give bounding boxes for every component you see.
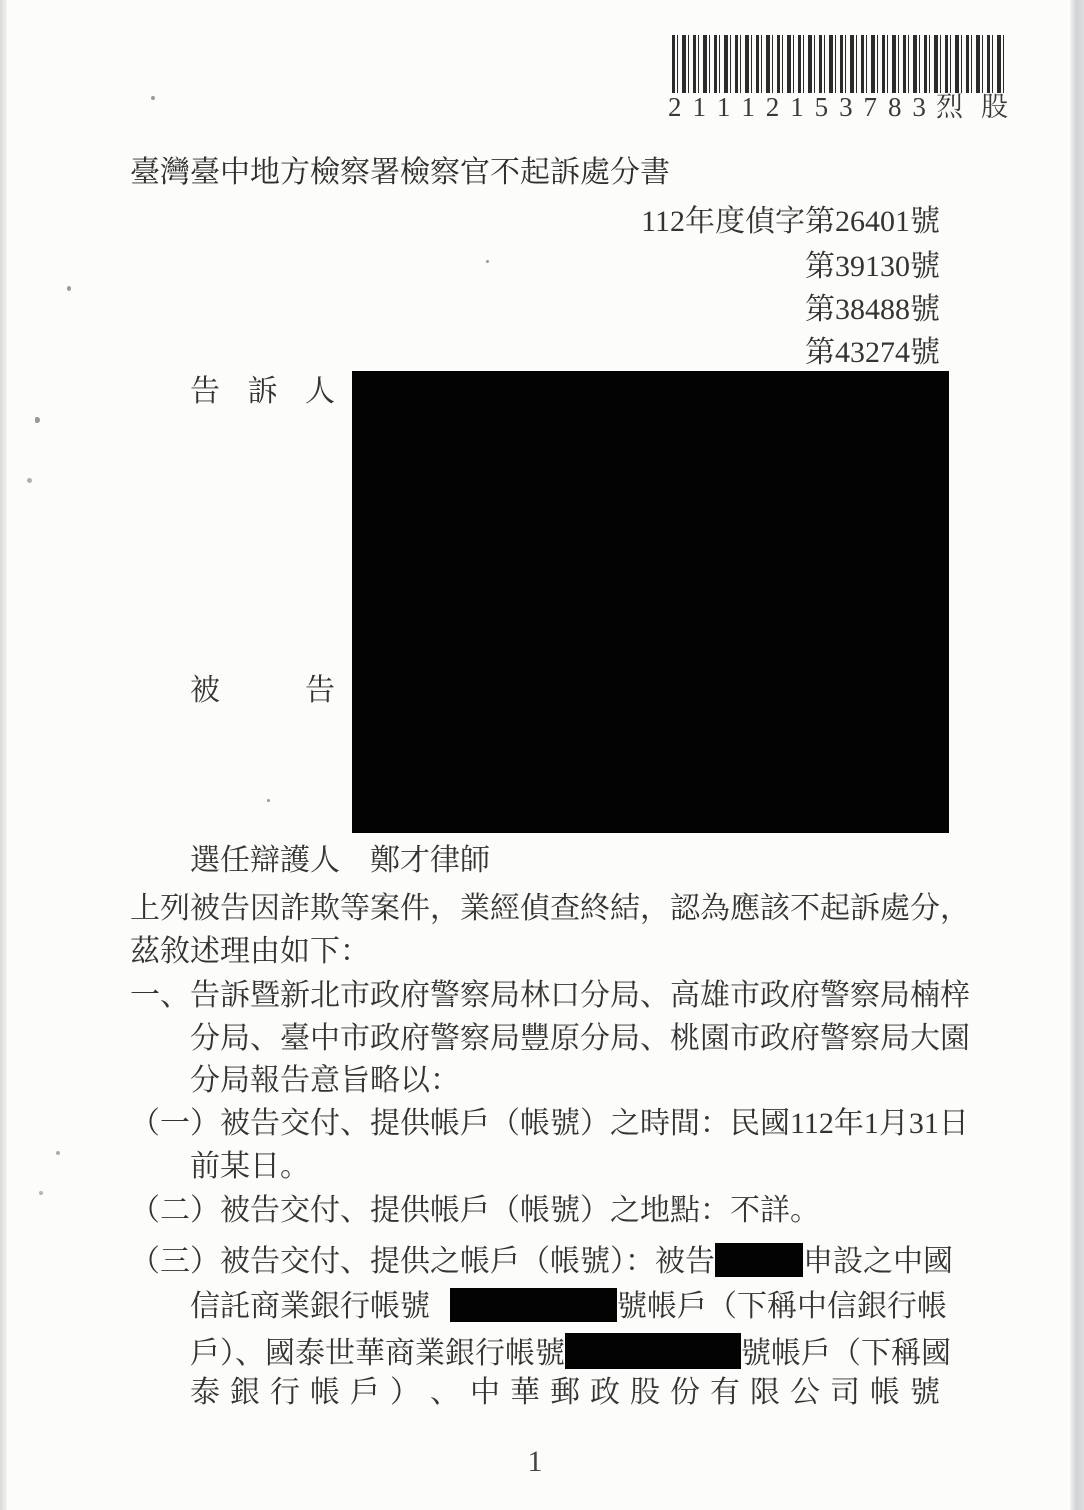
page-number: 1 bbox=[505, 1446, 565, 1478]
barcode-caption: 21112153783 烈股 bbox=[668, 92, 1008, 122]
barcode-suffix: 烈股 bbox=[936, 92, 1008, 122]
sub3-line2-text-post: 號帳戶（下稱中信銀行帳 bbox=[617, 1290, 947, 1323]
defense-counsel-line: 選任辯護人鄭才律師 bbox=[190, 844, 490, 878]
redaction-box-defendant-name bbox=[715, 1243, 803, 1277]
body-sub3-line1: （三）被告交付、提供之帳戶（帳號）：被告申設之中國 bbox=[130, 1243, 953, 1279]
scan-speck bbox=[151, 96, 155, 100]
body-sub3-line2: 信託商業銀行帳號號帳戶（下稱中信銀行帳 bbox=[190, 1288, 947, 1324]
body-item1-line3: 分局報告意旨略以： bbox=[190, 1064, 460, 1098]
redaction-box-parties bbox=[352, 371, 949, 833]
scan-speck bbox=[39, 1191, 43, 1195]
body-item1-line1: 一、告訴暨新北市政府警察局林口分局、高雄市政府警察局楠梓 bbox=[130, 979, 970, 1013]
sub3-line2-text-pre: 信託商業銀行帳號 bbox=[190, 1290, 430, 1323]
scan-speck bbox=[67, 286, 71, 291]
barcode-number: 21112153783 bbox=[668, 92, 926, 122]
redaction-box-ctbc-account bbox=[450, 1288, 617, 1322]
scan-speck bbox=[56, 1151, 60, 1155]
defendant-label: 被告 bbox=[190, 674, 335, 708]
body-sub1-line2: 前某日。 bbox=[190, 1150, 310, 1184]
scan-edge-left bbox=[0, 0, 7, 1510]
defense-counsel-label: 選任辯護人 bbox=[190, 844, 340, 877]
case-number-1: 112年度偵字第26401號 bbox=[641, 205, 940, 239]
scanned-document-page: 21112153783 烈股 臺灣臺中地方檢察署檢察官不起訴處分書 112年度偵… bbox=[0, 0, 1084, 1510]
barcode-image bbox=[672, 35, 1006, 93]
document-title: 臺灣臺中地方檢察署檢察官不起訴處分書 bbox=[130, 155, 670, 191]
scan-speck bbox=[267, 799, 270, 802]
defense-counsel-name: 鄭才律師 bbox=[370, 844, 490, 877]
scan-edge-right bbox=[1070, 0, 1084, 1510]
sub3-line3-text-pre: 戶）、國泰世華商業銀行帳號 bbox=[190, 1337, 565, 1370]
scan-speck bbox=[35, 417, 40, 423]
case-number-2: 第39130號 bbox=[805, 250, 940, 284]
body-sub2-line1: （二）被告交付、提供帳戶（帳號）之地點：不詳。 bbox=[130, 1194, 820, 1228]
body-sub1-line1: （一）被告交付、提供帳戶（帳號）之時間：民國112年1月31日 bbox=[130, 1107, 969, 1141]
body-paragraph1-line1: 上列被告因詐欺等案件，業經偵查終結，認為應該不起訴處分， bbox=[130, 892, 970, 926]
sub3-line1-text-post: 申設之中國 bbox=[803, 1245, 953, 1278]
body-item1-line2: 分局、臺中市政府警察局豐原分局、桃園市政府警察局大園 bbox=[190, 1022, 970, 1056]
scan-speck bbox=[486, 260, 489, 263]
case-number-3: 第38488號 bbox=[805, 293, 940, 327]
body-sub3-line3: 戶）、國泰世華商業銀行帳號號帳戶（下稱國 bbox=[190, 1333, 951, 1371]
sub3-line3-text-post: 號帳戶（下稱國 bbox=[741, 1337, 951, 1370]
scan-speck bbox=[27, 478, 32, 483]
redaction-box-cathay-account bbox=[565, 1333, 741, 1369]
sub3-line1-text-pre: （三）被告交付、提供之帳戶（帳號）：被告 bbox=[130, 1245, 715, 1278]
body-paragraph1-line2: 茲敘述理由如下： bbox=[130, 935, 370, 969]
complainant-label: 告訴人 bbox=[190, 375, 335, 409]
case-number-4: 第43274號 bbox=[805, 336, 940, 370]
body-sub3-line4: 泰銀行帳戶）、中華郵政股份有限公司帳號 bbox=[190, 1376, 940, 1410]
